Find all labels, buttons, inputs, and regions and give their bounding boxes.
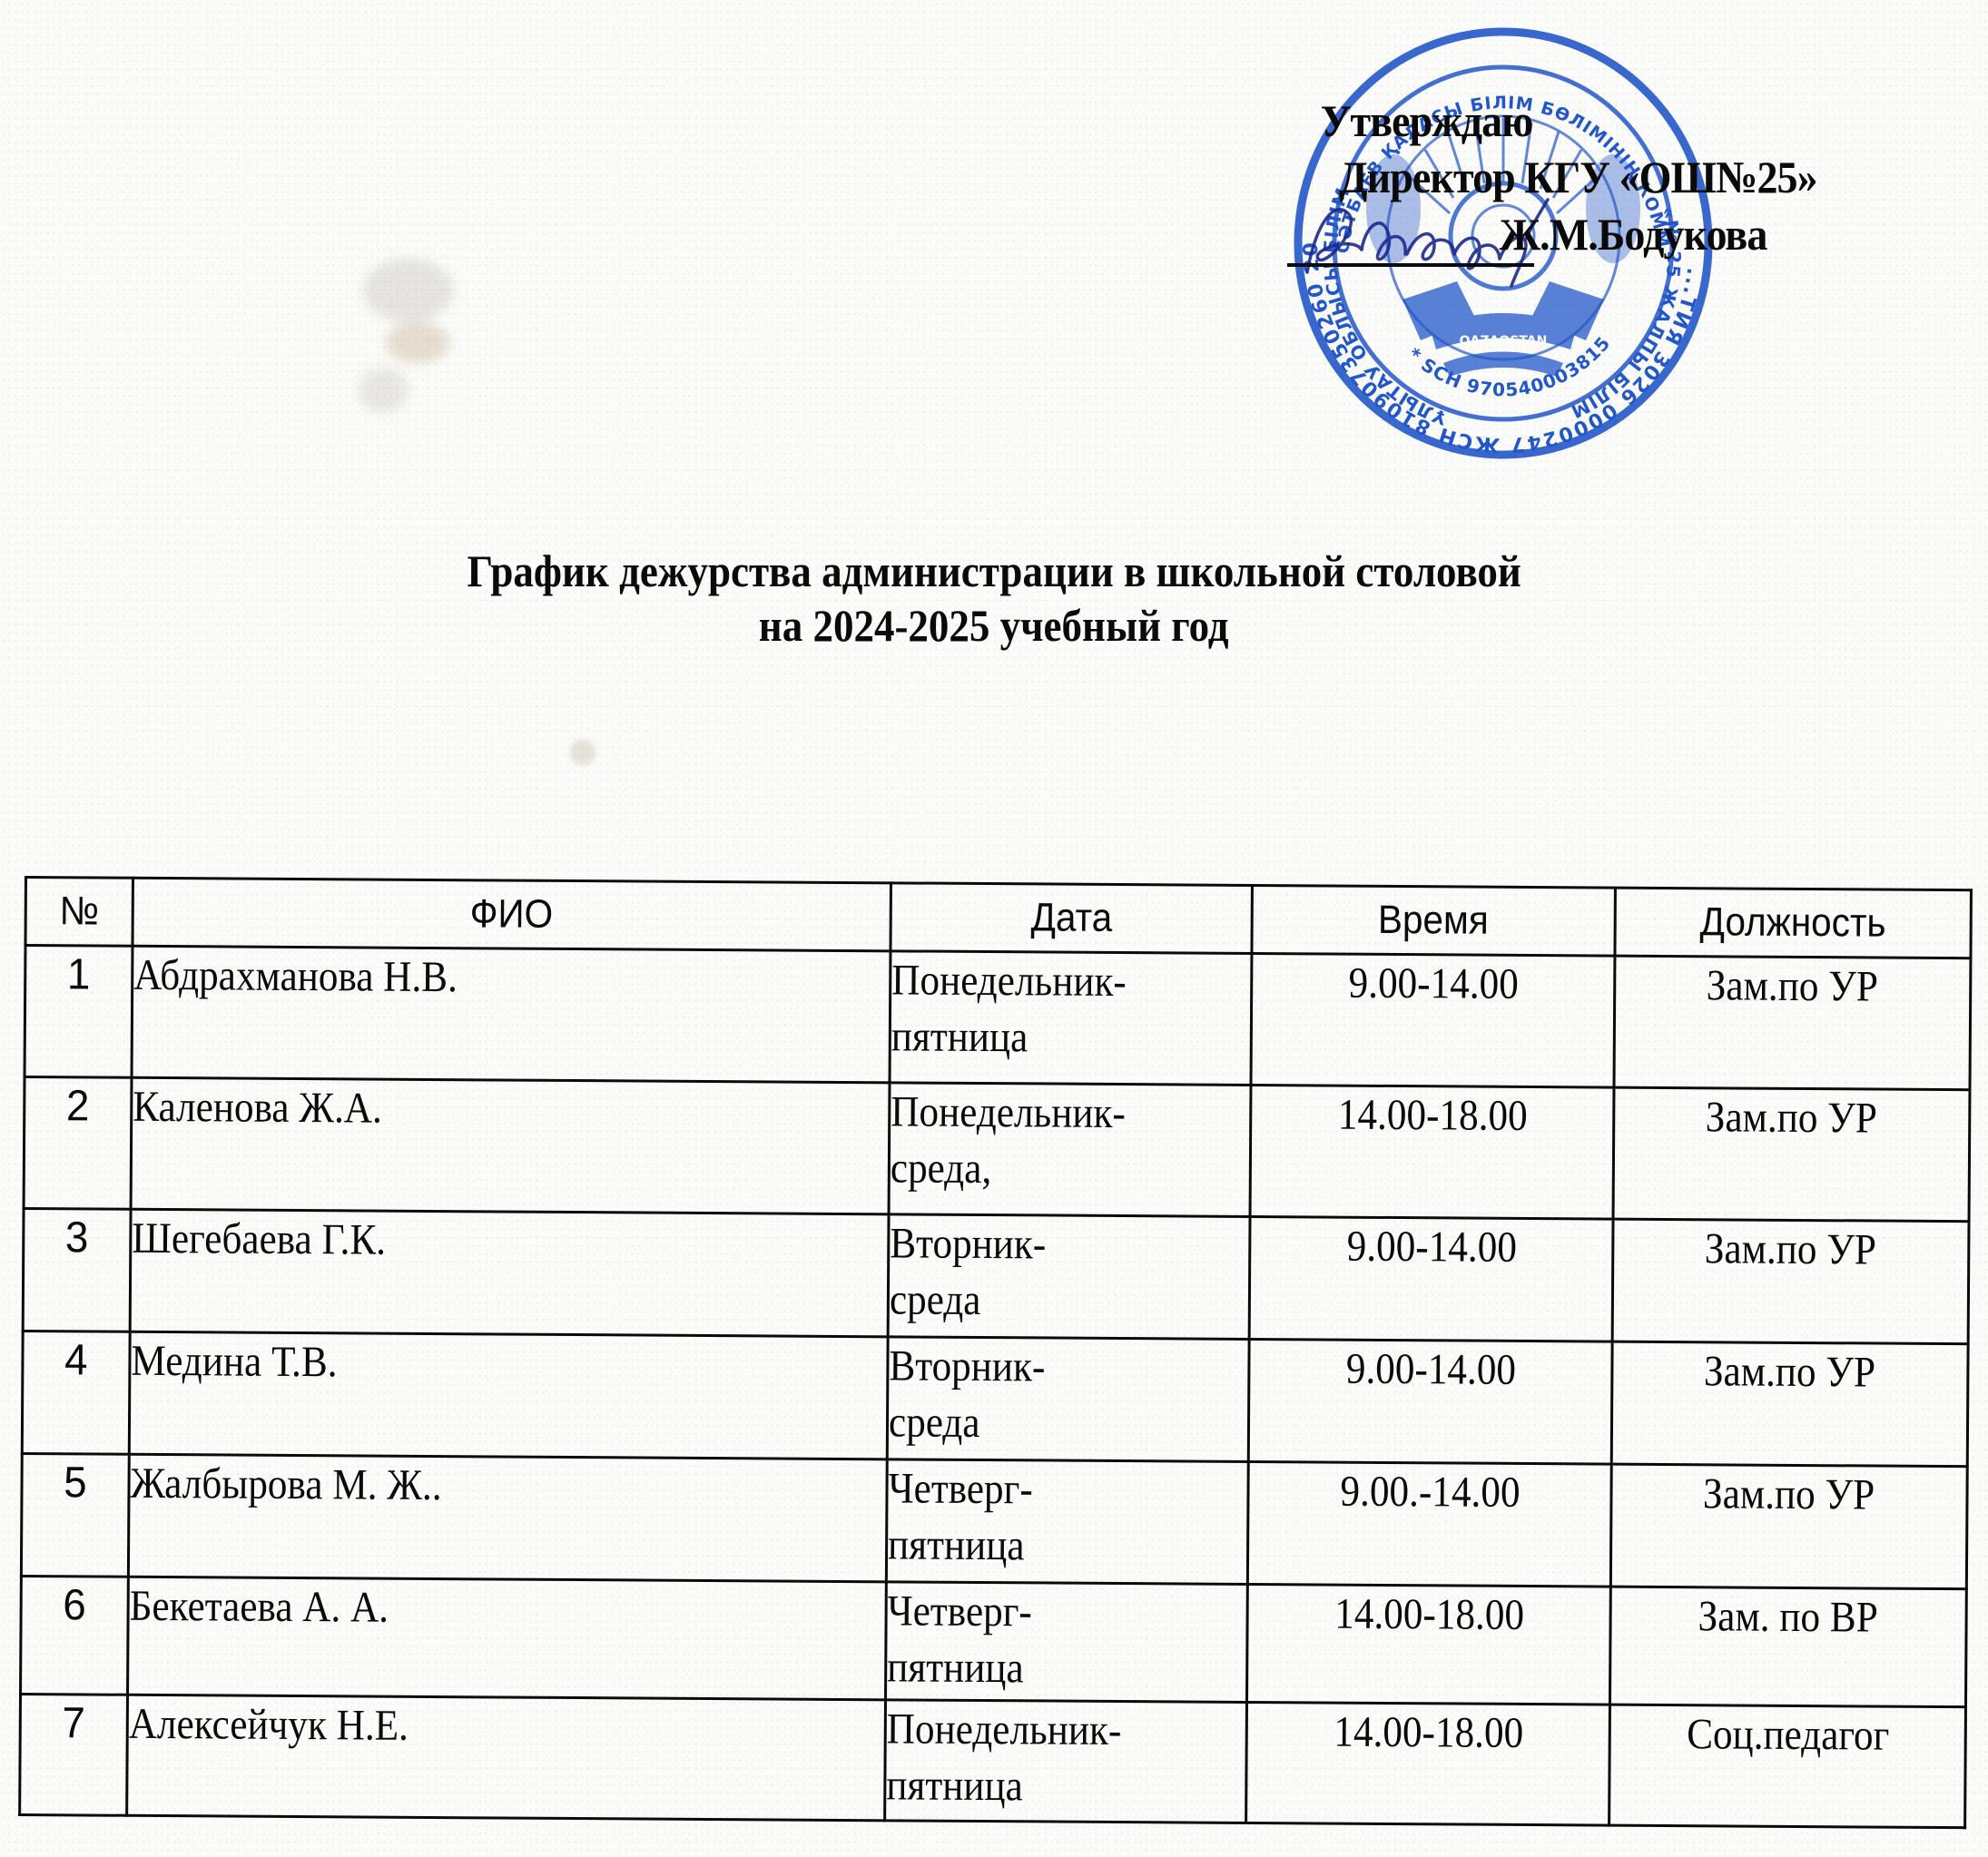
document-subtitle: на 2024-2025 учебный год [0,603,1988,648]
row-number: 6 [21,1576,129,1695]
header-position: Должность [1615,888,1971,958]
row-position: Зам.по УР [1612,1219,1969,1344]
row-name: Медина Т.В. [129,1331,888,1459]
row-name: Абдрахманова Н.В. [132,946,891,1083]
table-row: 1 Абдрахманова Н.В. Понедельник-пятница … [25,946,1971,1090]
table-row: 4 Медина Т.В. Вторник-среда 9.00-14.00 З… [22,1331,1968,1466]
row-date: Понедельник-пятница [890,951,1252,1086]
row-time: 14.00-18.00 [1250,1085,1614,1219]
row-time: 9.00-14.00 [1251,953,1615,1087]
row-position: Зам. по ВР [1609,1587,1966,1707]
row-time: 9.00-14.00 [1248,1339,1612,1464]
row-position: Зам.по УР [1611,1341,1968,1467]
table-row: 7 Алексейчук Н.Е. Понедельник-пятница 14… [20,1694,1966,1827]
row-number: 4 [22,1331,130,1454]
table-row: 2 Каленова Ж.А. Понедельник-среда, 14.00… [24,1077,1970,1222]
row-number: 2 [24,1077,132,1210]
scan-smudge [363,259,454,322]
signature-underline [1287,263,1534,267]
row-number: 7 [20,1694,128,1815]
row-position: Зам.по УР [1610,1464,1967,1589]
row-number: 5 [21,1453,129,1577]
scan-smudge [386,322,449,363]
table-row: 3 Шегебаева Г.К. Вторник-среда 9.00-14.0… [23,1209,1969,1344]
header-date: Дата [891,883,1252,954]
director-position: Директор КГУ «ОШ№25» [1339,154,1817,200]
row-number: 1 [25,946,133,1078]
header-time: Время [1252,885,1615,956]
row-date: Вторник-среда [887,1337,1249,1462]
row-time: 14.00-18.00 [1246,1702,1610,1825]
row-date: Четверг-пятница [886,1582,1248,1703]
row-position: Зам.по УР [1613,1087,1970,1222]
row-name: Бекетаева А. А. [128,1577,887,1700]
row-date: Понедельник-пятница [885,1700,1247,1823]
row-position: Зам.по УР [1614,956,1971,1090]
row-date: Понедельник-среда, [889,1083,1251,1217]
row-name: Каленова Ж.А. [131,1077,890,1214]
scan-speck [570,740,595,765]
row-time: 9.00-14.00 [1249,1216,1613,1341]
table-header-row: № ФИО Дата Время Должность [25,878,1971,958]
signatory-name: Ж.М.Бодукова [1500,211,1767,257]
row-number: 3 [23,1209,131,1332]
row-date: Четверг-пятница [886,1459,1248,1585]
header-name: ФИО [133,878,891,951]
row-date: Вторник-среда [888,1214,1250,1340]
row-name: Шегебаева Г.К. [130,1209,889,1337]
table-row: 6 Бекетаева А. А. Четверг-пятница 14.00-… [21,1576,1967,1706]
duty-schedule-table: № ФИО Дата Время Должность 1 Абдрахманов… [18,876,1970,1826]
scan-smudge [359,368,408,413]
approve-label: Утверждаю [1321,98,1533,143]
row-name: Алексейчук Н.Е. [127,1695,886,1821]
header-number: № [25,878,133,947]
document-title: График дежурства администрации в школьно… [0,548,1988,594]
table-row: 5 Жалбырова М. Ж.. Четверг-пятница 9.00.… [21,1453,1967,1588]
row-position: Соц.педагог [1609,1705,1966,1828]
row-name: Жалбырова М. Ж.. [128,1454,887,1582]
svg-text:QAZAQSTAN: QAZAQSTAN [1460,334,1548,349]
row-time: 9.00.-14.00 [1247,1461,1611,1587]
row-time: 14.00-18.00 [1246,1584,1610,1705]
